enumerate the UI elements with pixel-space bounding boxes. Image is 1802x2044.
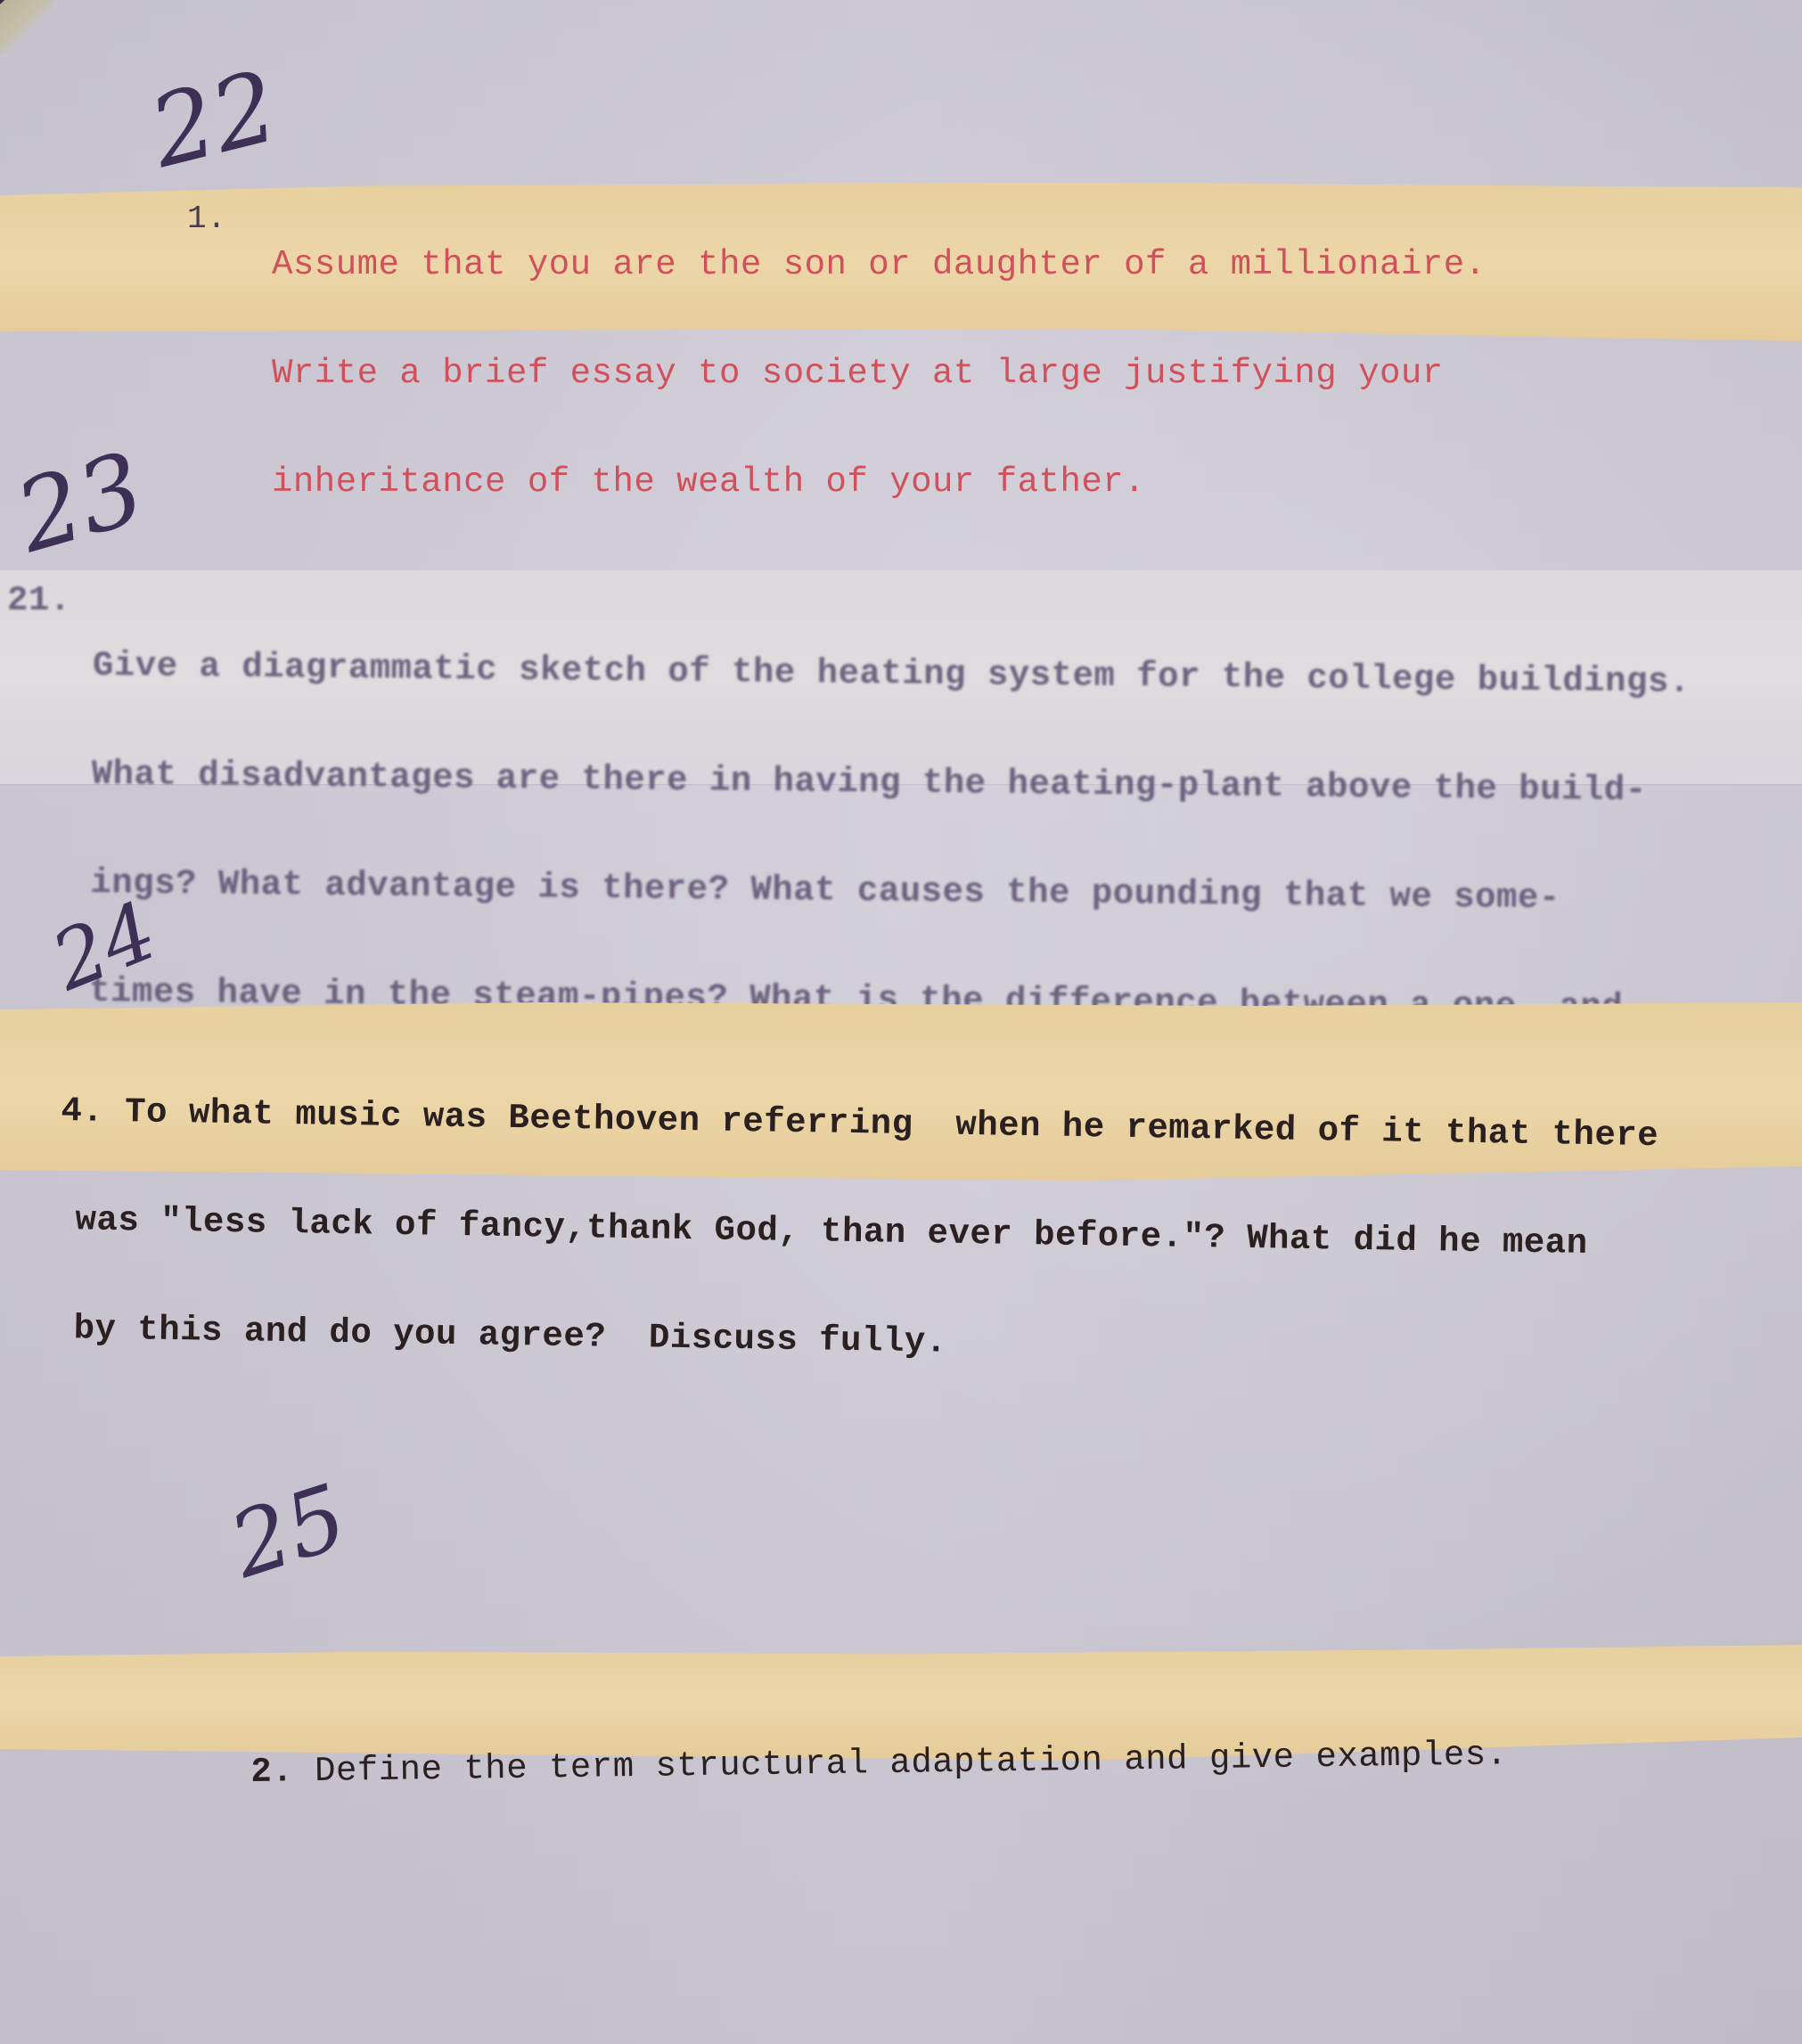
question-1-line-1: Assume that you are the son or daughter … <box>272 248 1487 287</box>
question-4-line-1: 2. Define the term structural adaptation… <box>250 1737 1508 1795</box>
handwritten-number-25: 25 <box>218 1464 358 1598</box>
page-corner-shadow <box>0 0 53 53</box>
handwritten-number-22: 22 <box>140 49 289 190</box>
question-4-text: 2. Define the term structural adaptation… <box>250 1668 1509 1864</box>
question-3-line-1: 4. To what music was Beethoven referring… <box>61 1094 1659 1158</box>
question-2-line-3: ings? What advantage is there? What caus… <box>90 866 1688 922</box>
question-3-text: 4. To what music was Beethoven referring… <box>56 1025 1660 1445</box>
question-4-number: 2. <box>250 1752 293 1792</box>
question-3-number: 4. <box>61 1091 103 1132</box>
question-1-text: Assume that you are the son or daughter … <box>272 178 1487 574</box>
question-3-line-2: was "less lack of fancy,thank God, than … <box>59 1203 1657 1267</box>
question-2-number: 21. <box>7 584 71 618</box>
question-1-line-2: Write a brief essay to society at large … <box>272 356 1487 396</box>
question-3-line-3: by this and do you agree? Discuss fully. <box>57 1312 1655 1376</box>
question-2-line-2: What disadvantages are there in having t… <box>91 757 1689 814</box>
handwritten-number-23: 23 <box>4 430 156 575</box>
question-1-number: 1. <box>187 203 226 235</box>
paper-page: 22 1. Assume that you are the son or dau… <box>0 0 1802 2044</box>
question-1-line-3: inheritance of the wealth of your father… <box>272 465 1487 504</box>
question-2-line-1: Give a diagrammatic sketch of the heatin… <box>93 649 1691 705</box>
